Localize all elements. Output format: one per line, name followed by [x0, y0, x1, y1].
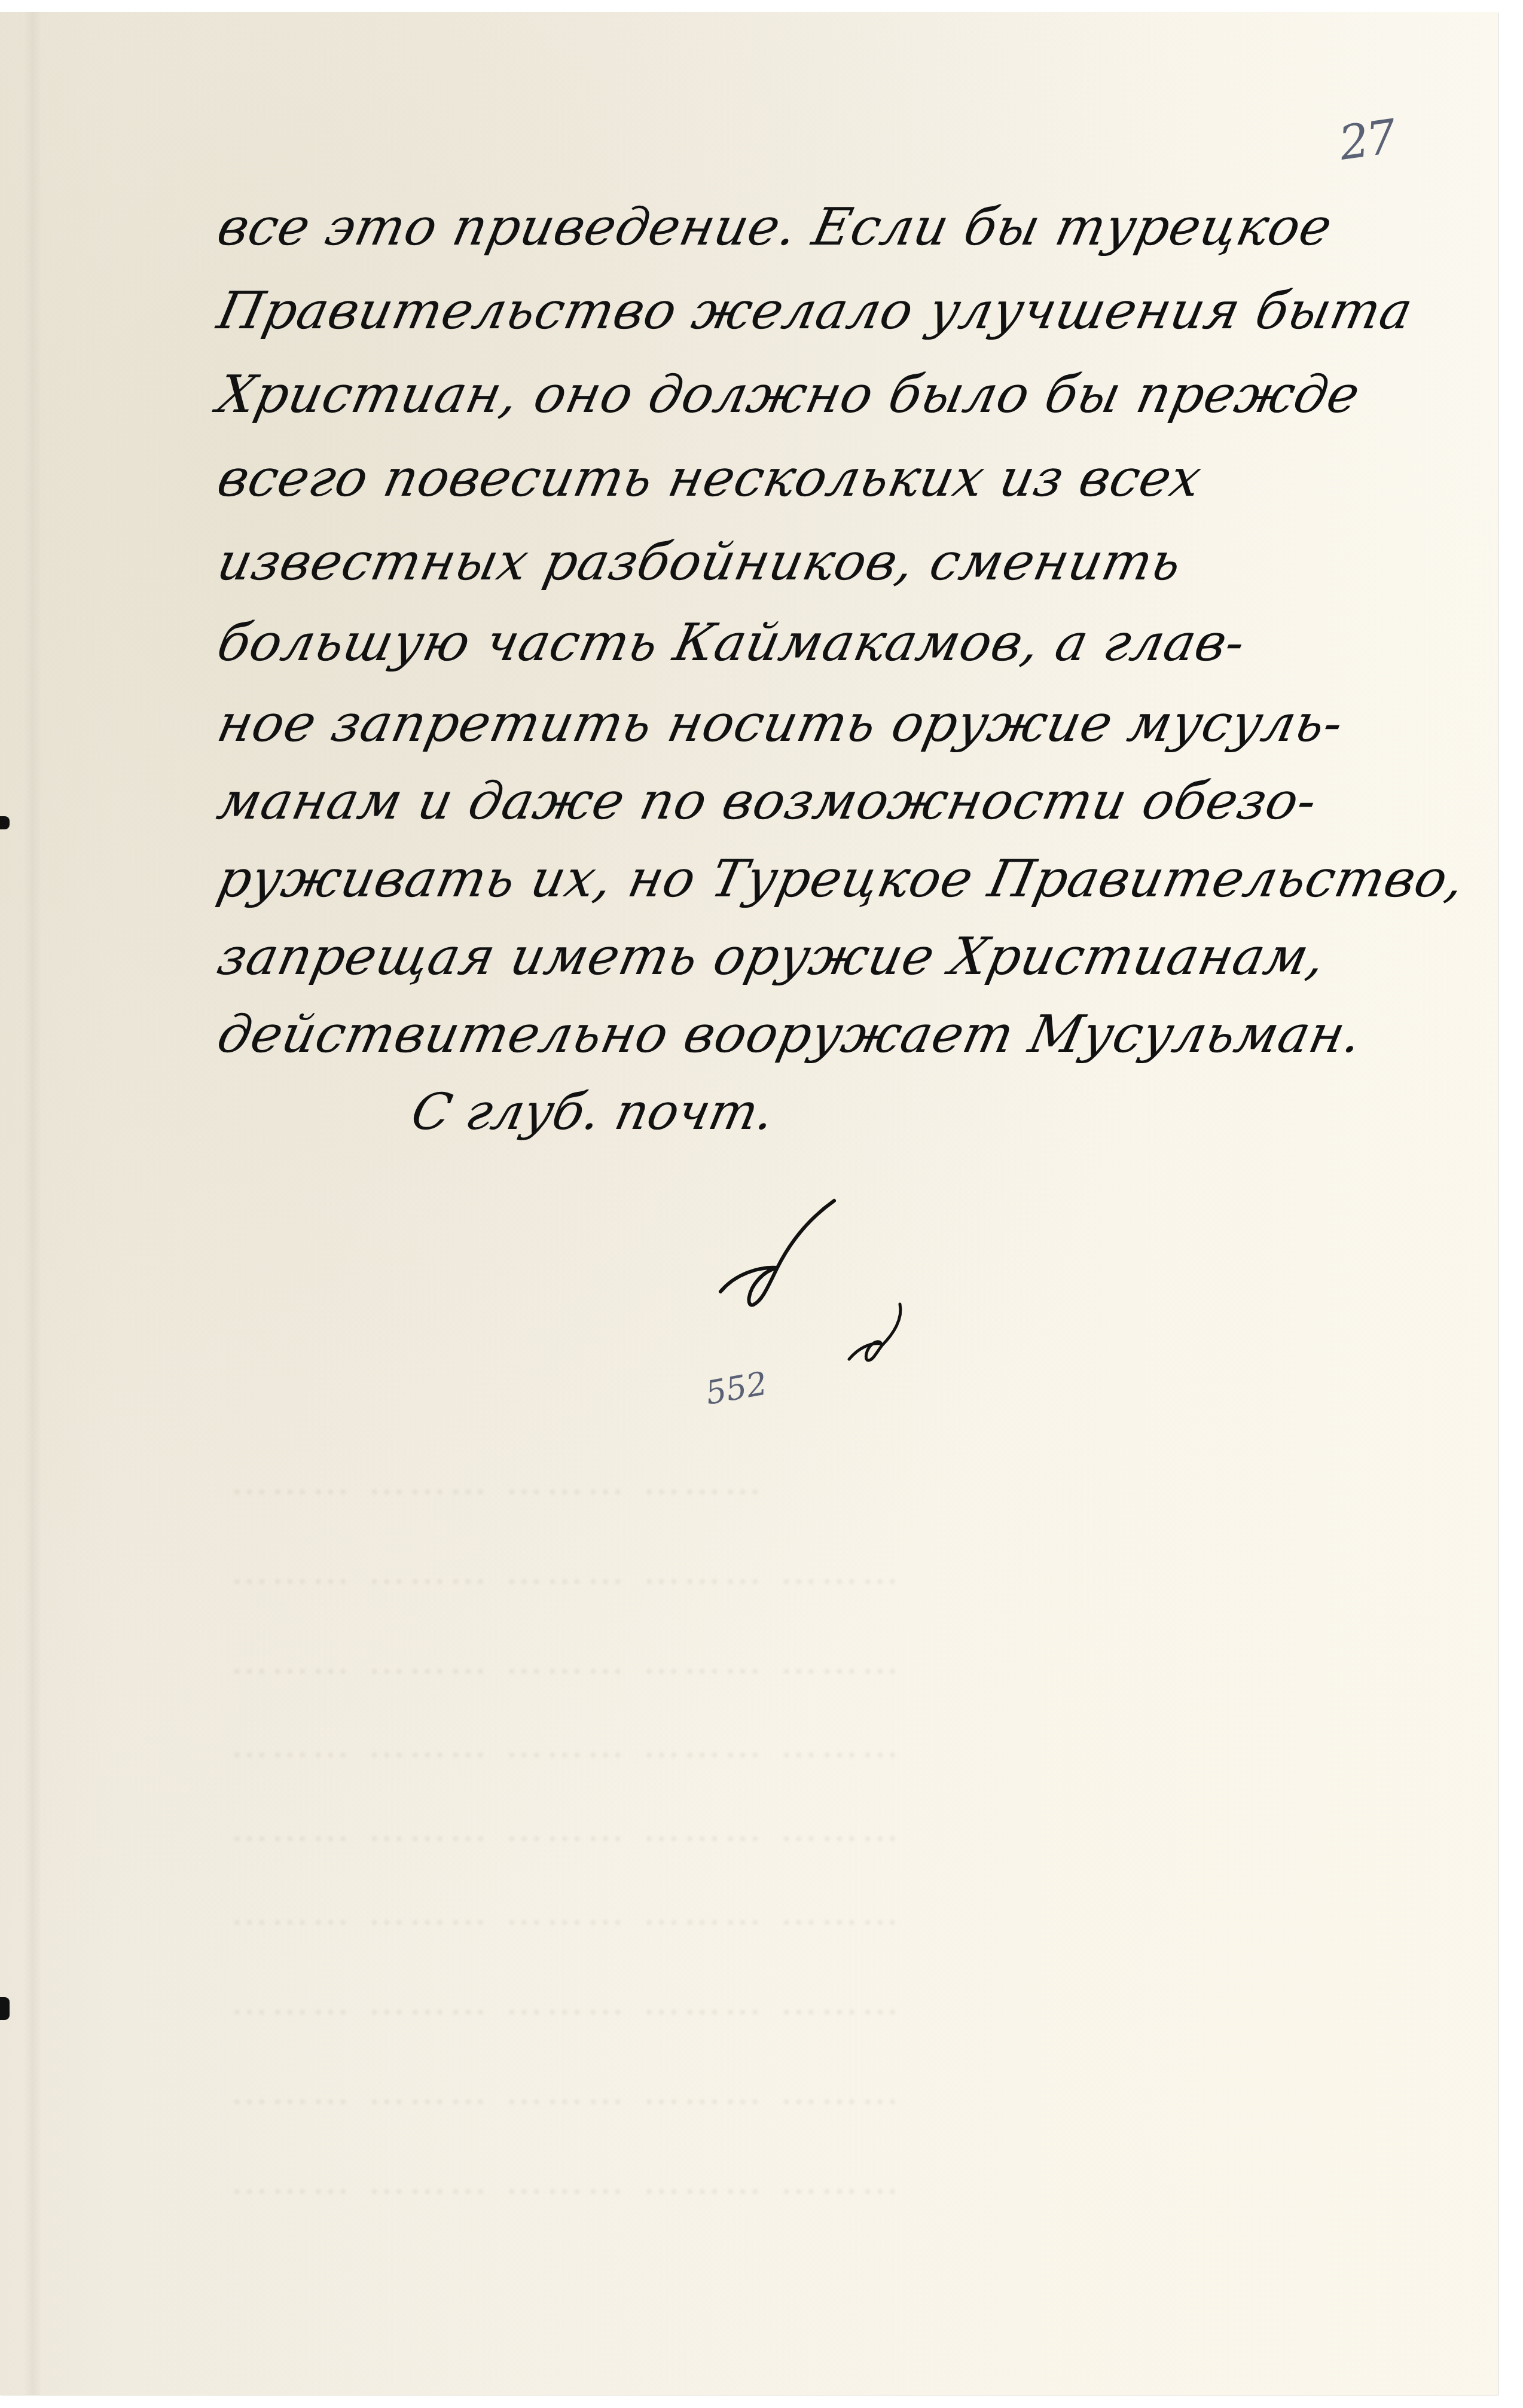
- bleed-through-line: ……… ……… ……… ………: [227, 1459, 761, 1503]
- body-line-1: все это приведение. Если бы турецкое: [212, 197, 1338, 257]
- signature-flourish-1: [706, 1196, 849, 1310]
- manuscript-page: 27 все это приведение. Если бы турецкое …: [0, 12, 1498, 2395]
- bleed-through-line: ……… ……… ……… ……… ………: [227, 1549, 899, 1592]
- body-line-4: всего повесить нескольких из всех: [212, 448, 1207, 508]
- archive-pencil-number: 552: [703, 1365, 770, 1412]
- folio-number: 27: [1336, 110, 1397, 171]
- bleed-through-line: ……… ……… ……… ……… ………: [227, 1722, 899, 1766]
- body-line-9: руживать их, но Турецкое Правительство,: [212, 849, 1470, 909]
- body-line-6: большую часть Каймакамов, а глав-: [212, 613, 1251, 673]
- bleed-through-line: ……… ……… ……… ……… ………: [227, 1806, 899, 1850]
- bleed-through-line: ……… ……… ……… ……… ………: [227, 1979, 899, 2023]
- edge-ink-mark: [0, 816, 10, 829]
- closing-salutation: С глуб. почт.: [407, 1082, 780, 1141]
- body-line-8: манам и даже по возможности обезо-: [212, 771, 1323, 831]
- body-line-11: действительно вооружает Мусульман.: [212, 1005, 1368, 1064]
- body-line-2: Правительство желало улучшения быта: [212, 281, 1418, 341]
- body-line-10: запрещая иметь оружие Христианам,: [212, 927, 1331, 987]
- edge-ink-mark: [0, 1997, 10, 2020]
- bleed-through-line: ……… ……… ……… ……… ………: [227, 2069, 899, 2113]
- body-line-7: ное запретить носить оружие мусуль-: [212, 694, 1349, 753]
- bleed-through-line: ……… ……… ……… ……… ………: [227, 2159, 899, 2202]
- paper-fold-shadow: [24, 12, 42, 2395]
- body-line-3: Христиан, оно должно было бы прежде: [212, 365, 1365, 425]
- body-line-5: известных разбойников, сменить: [212, 532, 1187, 592]
- bleed-through-line: ……… ……… ……… ……… ………: [227, 1638, 899, 1682]
- bleed-through-line: ……… ……… ……… ……… ………: [227, 1890, 899, 1933]
- signature-flourish-2: [843, 1301, 915, 1366]
